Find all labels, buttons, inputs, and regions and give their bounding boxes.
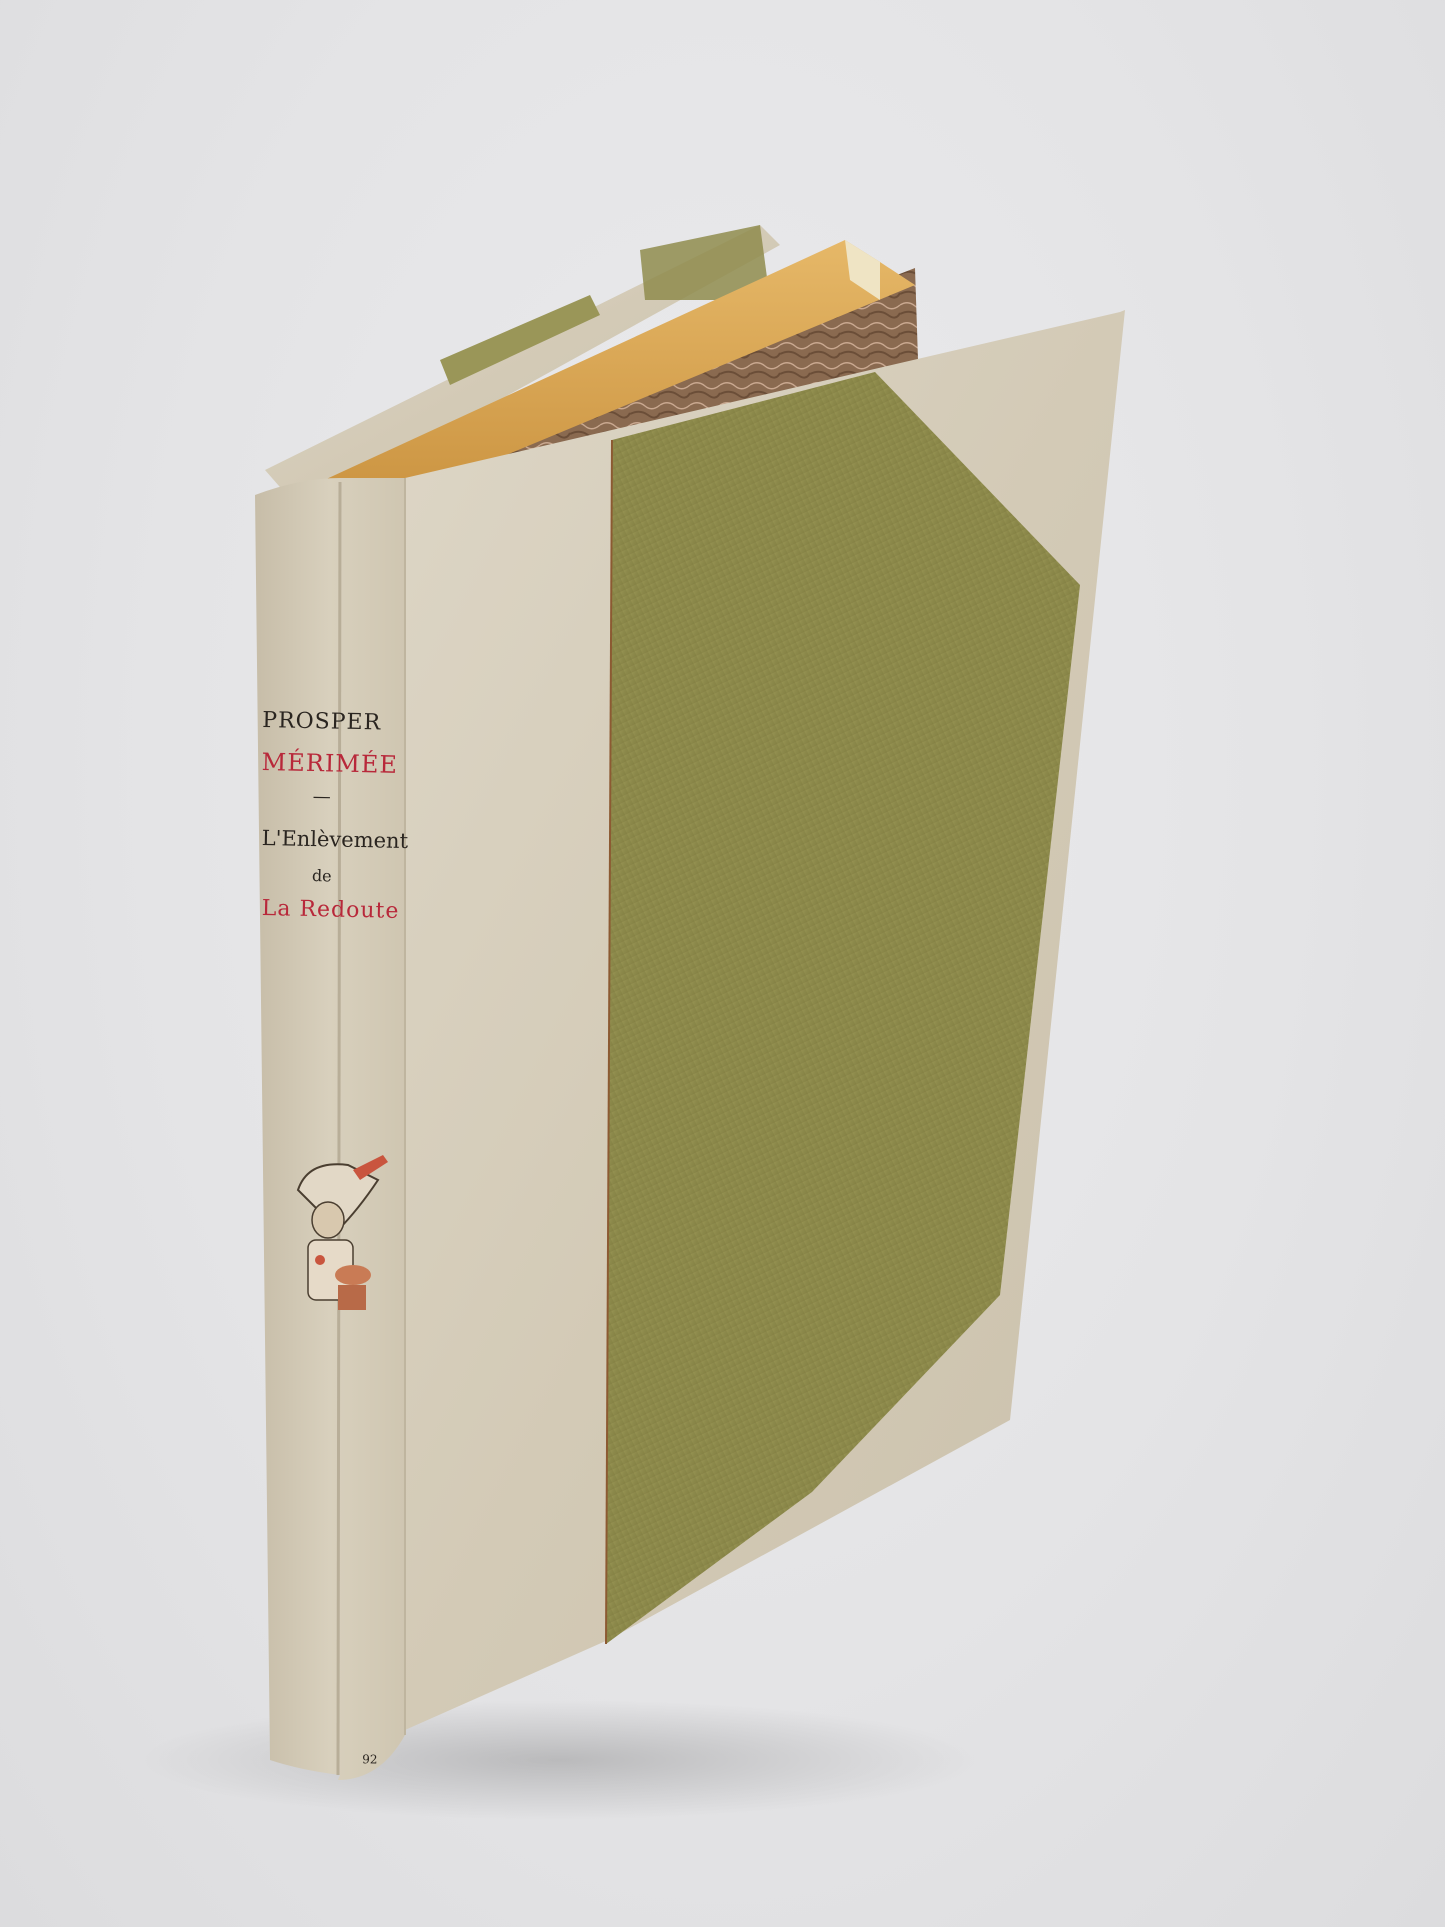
spine-title-line1: L'Enlèvement (261, 826, 381, 853)
spine-author-first: PROSPER (261, 708, 381, 736)
spine-title-line2: de (262, 865, 382, 887)
spine-separator: — (262, 785, 382, 809)
spine-date: 92 (350, 1752, 390, 1767)
book-photo (0, 0, 1445, 1927)
spine-author-last: MÉRIMÉE (261, 748, 382, 779)
spine-title-line3: La Redoute (261, 896, 381, 924)
